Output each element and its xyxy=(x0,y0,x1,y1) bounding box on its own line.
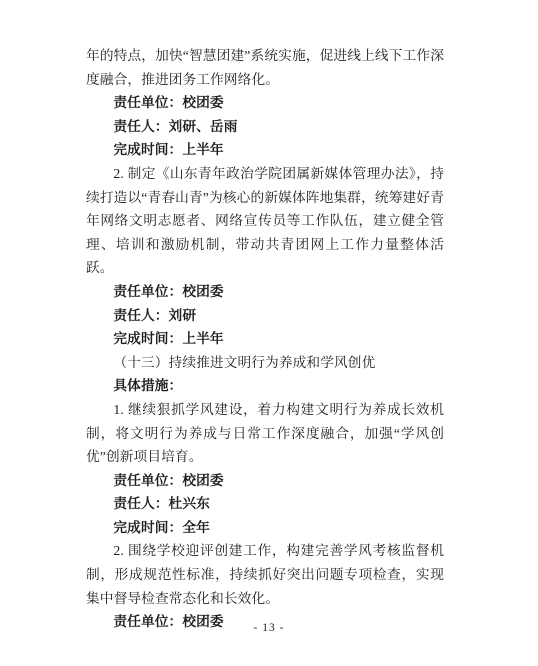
responsibility-label-line: 责任人：刘研 xyxy=(86,304,444,328)
page-number: - 13 - xyxy=(0,622,538,634)
section-heading: （十三）持续推进文明行为养成和学风创优 xyxy=(86,351,444,375)
body-paragraph: 1. 继续狠抓学风建设，着力构建文明行为养成长效机制，将文明行为养成与日常工作深… xyxy=(86,398,444,469)
responsibility-label-line: 完成时间：全年 xyxy=(86,516,444,540)
responsibility-label-line: 完成时间：上半年 xyxy=(86,327,444,351)
body-paragraph: 2. 围绕学校迎评创建工作，构建完善学风考核监督机制，形成规范性标准，持续抓好突… xyxy=(86,539,444,610)
responsibility-label-line: 责任人：刘研、岳雨 xyxy=(86,115,444,139)
responsibility-label-line: 责任单位：校团委 xyxy=(86,91,444,115)
responsibility-label-line: 责任人：杜兴东 xyxy=(86,492,444,516)
responsibility-label-line: 责任单位：校团委 xyxy=(86,280,444,304)
body-paragraph: 2. 制定《山东青年政治学院团属新媒体管理办法》，持续打造以“青春山青”为核心的… xyxy=(86,162,444,280)
responsibility-label-line: 完成时间：上半年 xyxy=(86,138,444,162)
body-paragraph: 年的特点，加快“智慧团建”系统实施，促进线上线下工作深度融合，推进团务工作网络化… xyxy=(86,44,444,91)
document-page: 年的特点，加快“智慧团建”系统实施，促进线上线下工作深度融合，推进团务工作网络化… xyxy=(0,0,538,666)
responsibility-label-line: 责任单位：校团委 xyxy=(86,469,444,493)
responsibility-label-line: 具体措施： xyxy=(86,374,444,398)
document-body: 年的特点，加快“智慧团建”系统实施，促进线上线下工作深度融合，推进团务工作网络化… xyxy=(86,44,444,634)
